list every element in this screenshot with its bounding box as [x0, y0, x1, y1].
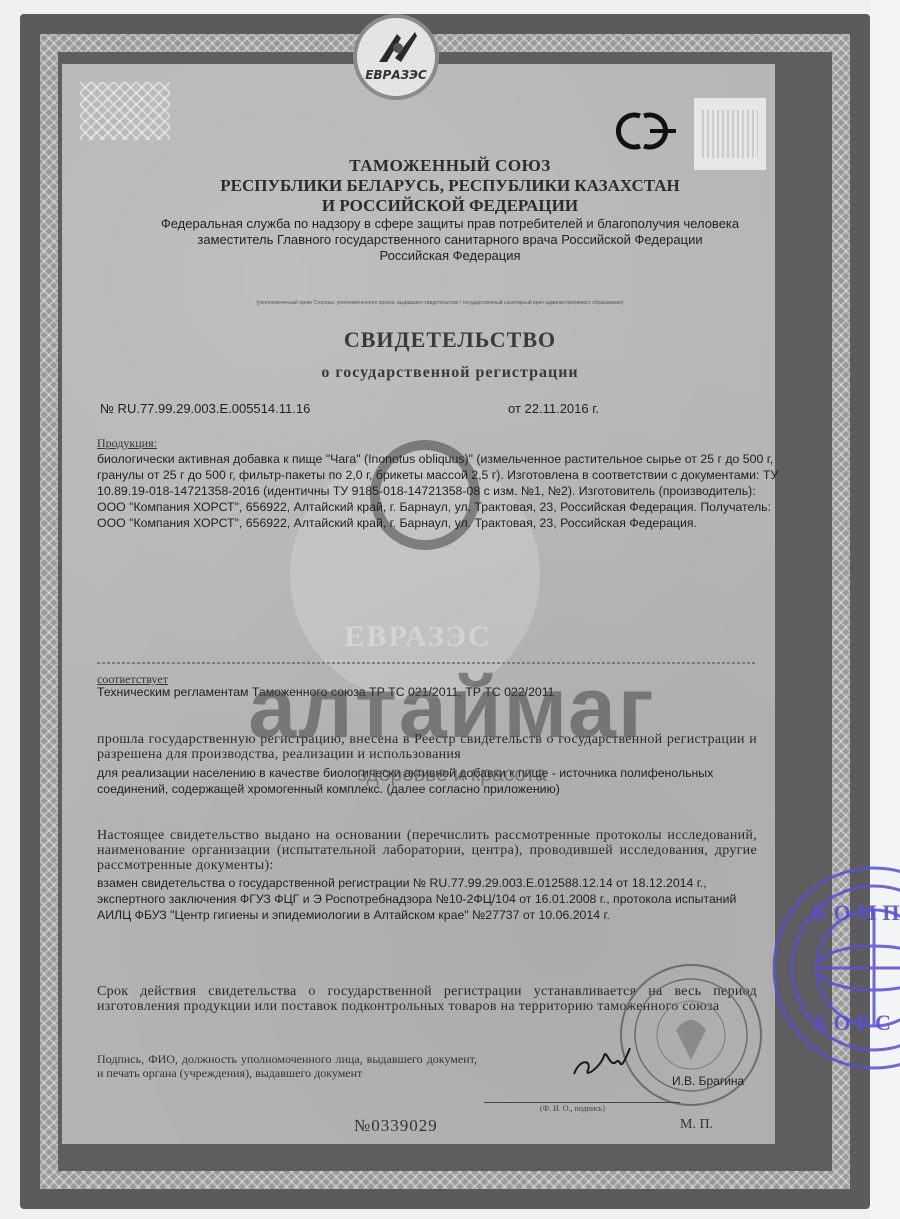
official-title: заместитель Главного государственного са…: [0, 232, 900, 247]
agency-caption: (уполномоченный орган Стороны, уполномоч…: [160, 300, 720, 306]
registration-number: № RU.77.99.29.003.Е.005514.11.16: [100, 401, 310, 416]
guilloche-pattern: [80, 82, 170, 140]
product-label: Продукция:: [97, 436, 157, 451]
brand-tagline: здоровье и красота: [312, 763, 592, 787]
seal-place-label: М. П.: [680, 1117, 713, 1133]
svg-text:К О М П А: К О М П А: [812, 900, 900, 925]
product-description: биологически активная добавка к пище "Ча…: [97, 451, 787, 531]
fio-caption: (Ф. И. О., подпись): [540, 1104, 605, 1113]
signature-icon: [570, 1038, 650, 1088]
signer-name: И.В. Брагина: [672, 1074, 744, 1088]
republics-heading: РЕСПУБЛИКИ БЕЛАРУСЬ, РЕСПУБЛИКИ КАЗАХСТА…: [0, 176, 900, 196]
country-name: Российская Федерация: [0, 248, 900, 263]
company-stamp-icon: К О М П А Х О Р С: [754, 858, 900, 1078]
republics-heading-2: И РОССИЙСКОЙ ФЕДЕРАЦИИ: [0, 196, 900, 216]
logo-label: ЕВРАЗЭС: [357, 68, 435, 82]
emblem-icon: [375, 28, 421, 68]
signature-caption: Подпись, ФИО, должность уполномоченного …: [97, 1052, 477, 1080]
agency-name: Федеральная служба по надзору в сфере за…: [0, 216, 900, 231]
union-heading: ТАМОЖЕННЫЙ СОЮЗ: [0, 156, 900, 176]
watermark-seal-text: ЕВРАЗЭС: [318, 620, 518, 654]
evrazes-logo: ЕВРАЗЭС: [353, 14, 439, 100]
svg-text:Х О Р С: Х О Р С: [812, 1010, 891, 1035]
registration-date: от 22.11.2016 г.: [508, 401, 599, 416]
form-serial-number: №0339029: [354, 1116, 438, 1136]
certificate-title: СВИДЕТЕЛЬСТВО: [0, 327, 900, 353]
signature-line: [484, 1102, 680, 1103]
se-conformity-mark-icon: [610, 108, 680, 154]
basis-details: взамен свидетельства о государственной р…: [97, 875, 747, 923]
basis-text: Настоящее свидетельство выдано на основа…: [97, 828, 757, 873]
brand-watermark: алтаймаг: [222, 668, 682, 748]
certificate-subtitle: о государственной регистрации: [0, 364, 900, 382]
